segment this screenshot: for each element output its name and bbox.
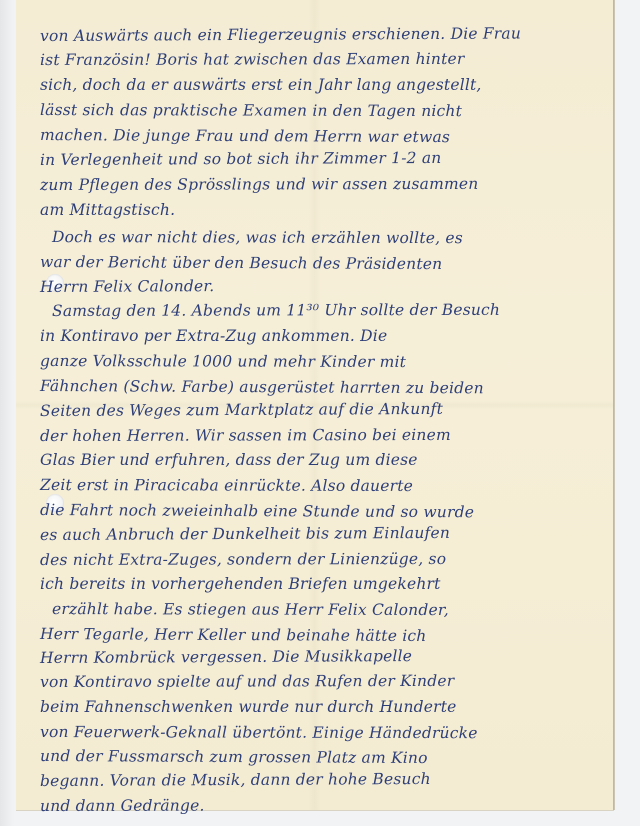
handwritten-line: Seiten des Weges zum Marktplatz auf die … — [40, 397, 443, 423]
handwritten-line: am Mittagstisch. — [40, 198, 175, 222]
handwritten-line: von Feuerwerk-Geknall übertönt. Einige H… — [40, 720, 478, 745]
handwritten-line: Herrn Felix Calonder. — [40, 274, 215, 299]
handwritten-line: lässt sich das praktische Examen in den … — [40, 98, 462, 123]
handwritten-line: beim Fahnenschwenken wurde nur durch Hun… — [40, 695, 457, 719]
handwritten-line: ist Französin! Boris hat zwischen das Ex… — [40, 47, 465, 72]
handwritten-line: es auch Anbruch der Dunkelheit bis zum E… — [40, 521, 450, 547]
handwritten-line: Zeit erst in Piracicaba einrückte. Also … — [40, 473, 413, 498]
handwritten-line: Glas Bier und erfuhren, dass der Zug um … — [40, 448, 418, 472]
handwritten-line: Herrn Kombrück vergessen. Die Musikkapel… — [40, 644, 412, 670]
handwritten-line: von Kontiravo spielte auf und das Rufen … — [40, 669, 454, 694]
handwritten-line: und dann Gedränge. — [40, 794, 205, 818]
handwritten-line: begann. Voran die Musik, dann der hohe B… — [40, 767, 431, 793]
handwritten-line: Doch es war nicht dies, was ich erzählen… — [40, 225, 463, 250]
handwritten-line: erzählt habe. Es stiegen aus Herr Felix … — [40, 597, 449, 622]
handwritten-line: in Kontiravo per Extra-Zug ankommen. Die — [40, 324, 387, 348]
handwritten-line: war der Bericht über den Besuch des Präs… — [40, 250, 442, 276]
handwritten-line: sich, doch da er auswärts erst ein Jahr … — [40, 73, 482, 97]
handwritten-line: der hohen Herren. Wir sassen im Casino b… — [40, 423, 451, 448]
handwritten-line: in Verlegenheit und so bot sich ihr Zimm… — [40, 146, 442, 172]
handwritten-line: ganze Volksschule 1000 und mehr Kinder m… — [40, 349, 406, 374]
handwritten-line: von Auswärts auch ein Fliegerzeugnis ers… — [40, 21, 521, 48]
handwritten-line: ich bereits in vorhergehenden Briefen um… — [40, 572, 441, 596]
handwritten-line: Samstag den 14. Abends um 11³⁰ Uhr sollt… — [40, 298, 500, 323]
handwritten-line: des nicht Extra-Zuges, sondern der Linie… — [40, 547, 446, 572]
handwritten-line: zum Pflegen des Sprösslings und wir asse… — [40, 172, 479, 197]
handwritten-line: und der Fussmarsch zum grossen Platz am … — [40, 744, 428, 770]
